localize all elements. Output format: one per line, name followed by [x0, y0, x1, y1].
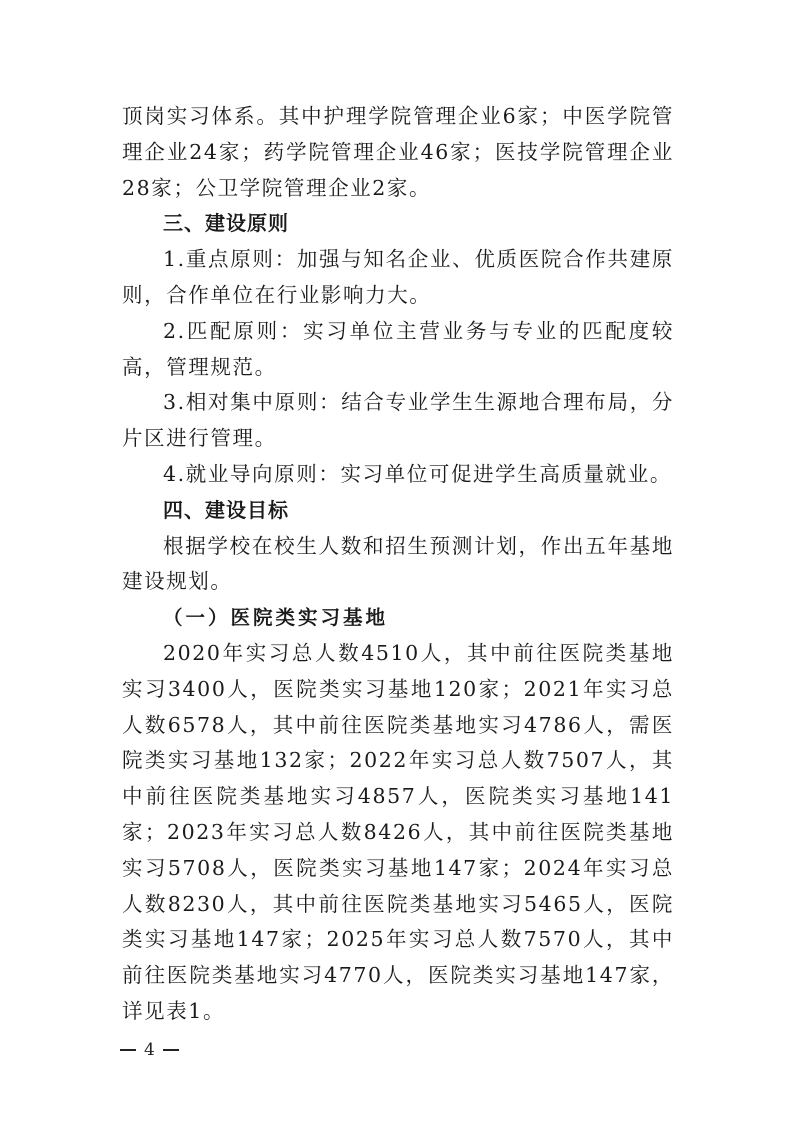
page-body: 顶岗实习体系。其中护理学院管理企业6家；中医学院管理企业24家；药学院管理企业4…	[122, 99, 674, 1030]
goals-intro-paragraph: 根据学校在校生人数和招生预测计划，作出五年基地建设规划。	[122, 529, 674, 601]
hospital-bases-paragraph: 2020年实习总人数4510人，其中前往医院类基地实习3400人，医院类实习基地…	[122, 636, 674, 1030]
principle-item: 4.就业导向原则：实习单位可促进学生高质量就业。	[122, 457, 674, 493]
page-number: 4	[120, 1040, 179, 1060]
page-number-dash-left	[120, 1049, 136, 1051]
subsection-heading-hospital-bases: （一）医院类实习基地	[122, 600, 674, 636]
principle-item: 2.匹配原则：实习单位主营业务与专业的匹配度较高，管理规范。	[122, 314, 674, 386]
section-heading-goals: 四、建设目标	[122, 493, 674, 529]
continuation-paragraph: 顶岗实习体系。其中护理学院管理企业6家；中医学院管理企业24家；药学院管理企业4…	[122, 99, 674, 206]
page-number-value: 4	[144, 1040, 155, 1060]
page-number-dash-right	[163, 1049, 179, 1051]
principle-item: 3.相对集中原则：结合专业学生生源地合理布局，分片区进行管理。	[122, 385, 674, 457]
section-heading-principles: 三、建设原则	[122, 206, 674, 242]
principle-item: 1.重点原则：加强与知名企业、优质医院合作共建原则，合作单位在行业影响力大。	[122, 242, 674, 314]
